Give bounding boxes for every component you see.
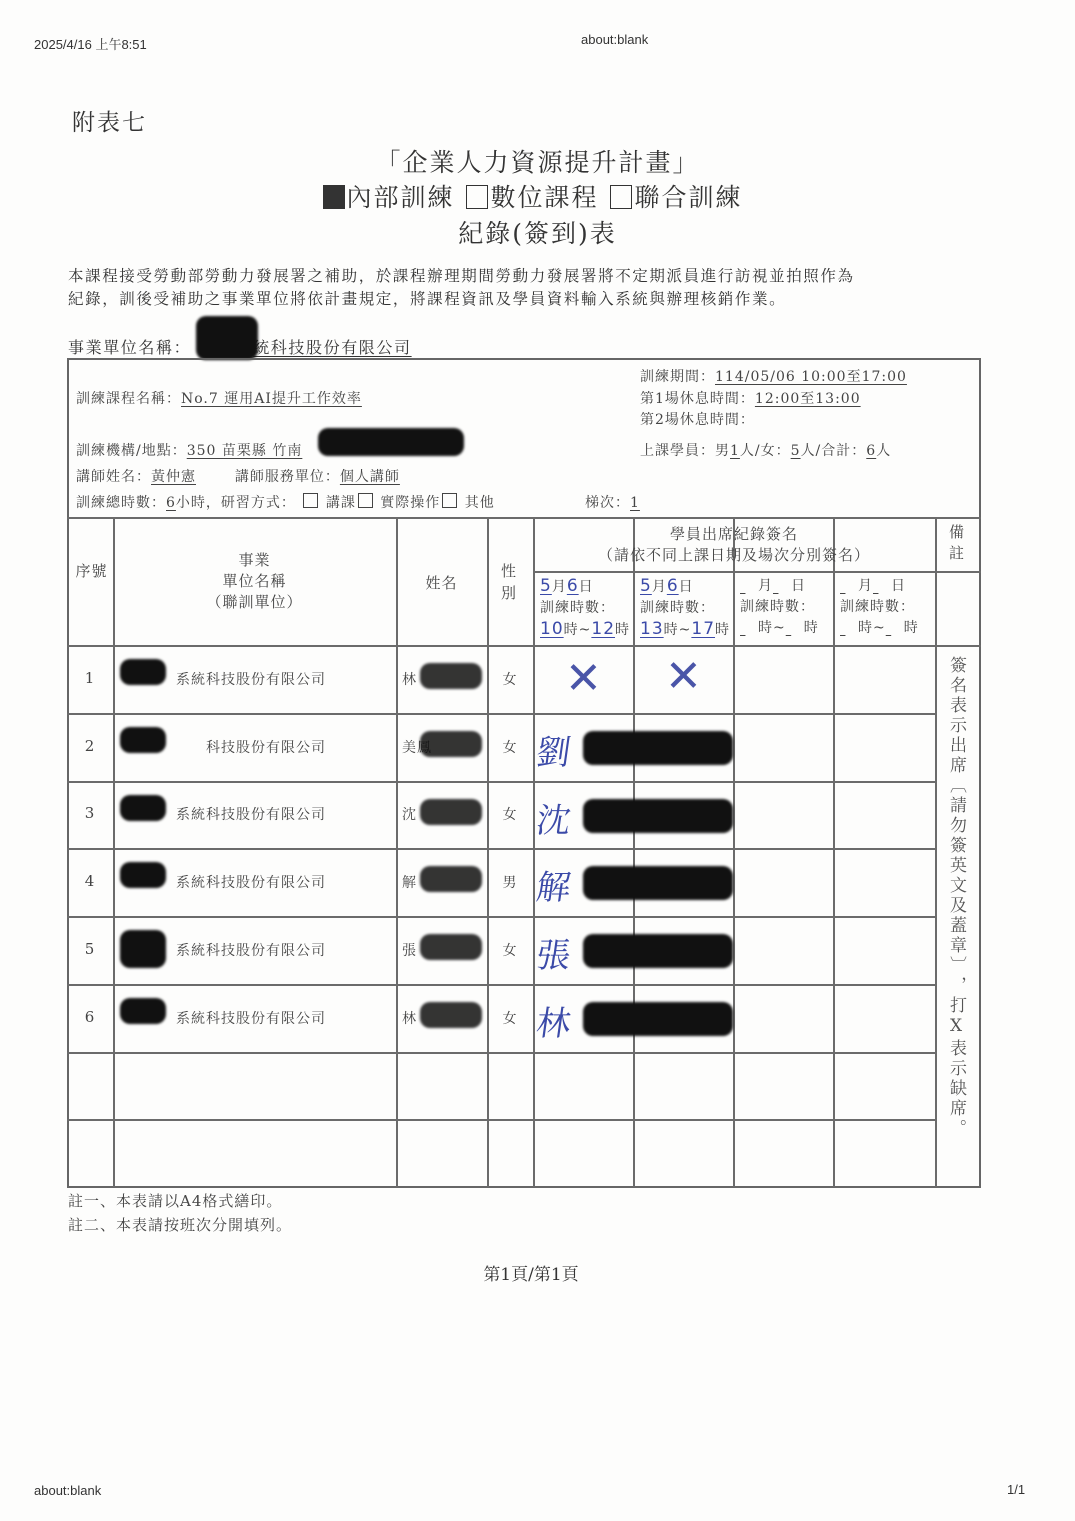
break1-time: 12:00至13:00 <box>755 391 861 407</box>
session-date: 5月6日 <box>640 576 730 598</box>
total-hours: 6 <box>166 495 176 511</box>
redaction-mark <box>318 428 464 456</box>
redaction-mark <box>120 659 166 685</box>
grid-line <box>396 517 398 1187</box>
location: 350 苗栗縣 竹南 <box>187 443 303 459</box>
signature: 劉 <box>534 725 575 774</box>
batch-field: 梯次：1 <box>585 492 640 512</box>
session-hours-label: 訓練時數： <box>540 598 630 619</box>
training-type-joint[interactable]: 聯合訓練 <box>608 183 742 212</box>
attendee-count-field: 上課學員：男1人/女：5人/合計：6人 <box>640 440 891 460</box>
header-seq: 序號 <box>70 560 113 582</box>
session-hours-label: 訓練時數： <box>640 598 730 619</box>
instructor-field: 講師姓名：黃仲憲 講師服務單位：個人講師 <box>76 466 400 486</box>
checkbox-empty-icon[interactable] <box>442 493 457 508</box>
redaction-mark <box>420 731 482 757</box>
session-time-range: 13時~17時 <box>640 619 730 641</box>
period-field: 訓練期間：114/05/06 10:00至17:00 <box>640 366 907 386</box>
session-time-range: 時~ 時 <box>740 618 819 639</box>
grid-line <box>935 517 937 1187</box>
row-gender: 女 <box>487 940 533 960</box>
male-count: 1 <box>730 443 740 459</box>
signature: 解 <box>534 860 575 909</box>
row-seq: 5 <box>67 940 113 958</box>
instructor-unit: 個人講師 <box>340 469 400 485</box>
redaction-mark <box>420 866 482 892</box>
course-name: No.7 運用AI提升工作效率 <box>181 391 362 407</box>
checkbox-empty-icon[interactable] <box>466 185 488 209</box>
session-header-3: 月 日訓練時數： 時~ 時 <box>740 576 819 639</box>
grid-line <box>67 848 935 850</box>
training-type-selector: 內部訓練 數位課程 聯合訓練 <box>0 178 1069 214</box>
training-type-internal[interactable]: 內部訓練 <box>321 183 455 212</box>
female-count: 5 <box>791 443 801 459</box>
grid-line <box>67 984 935 986</box>
redaction-mark <box>120 727 166 753</box>
session-header-1: 5月6日訓練時數：10時~12時 <box>540 576 630 641</box>
redaction-mark <box>583 1002 733 1036</box>
checkbox-checked-icon[interactable] <box>323 185 345 209</box>
row-seq: 1 <box>67 669 113 687</box>
break1-field: 第1場休息時間：12:00至13:00 <box>640 388 861 408</box>
note-1: 註一、本表請以A4格式繕印。 <box>68 1190 282 1211</box>
appendix-label: 附表七 <box>72 104 147 137</box>
course-name-field: 訓練課程名稱：No.7 運用AI提升工作效率 <box>76 388 362 408</box>
redaction-mark <box>583 799 733 833</box>
session-header-2: 5月6日訓練時數：13時~17時 <box>640 576 730 641</box>
grid-line <box>67 1119 935 1121</box>
session-date: 5月6日 <box>540 576 630 598</box>
redaction-mark <box>120 930 166 968</box>
session-header-4: 月 日訓練時數： 時~ 時 <box>840 576 919 639</box>
grid-line <box>67 1052 935 1054</box>
note-2: 註二、本表請按班次分開填列。 <box>68 1214 292 1235</box>
grid-line <box>67 781 935 783</box>
session-hours-label: 訓練時數： <box>740 597 819 618</box>
row-gender: 女 <box>487 737 533 757</box>
document-subtitle: 紀錄(簽到)表 <box>0 214 1075 250</box>
session-time-range: 10時~12時 <box>540 619 630 641</box>
hours-field: 訓練總時數：6小時，研習方式： 講課 實際操作 其他 <box>76 492 495 512</box>
redaction-mark <box>420 799 482 825</box>
redaction-mark <box>420 1002 482 1028</box>
print-footer-page-count: 1/1 <box>1007 1482 1025 1497</box>
intro-line-1: 本課程接受勞動部勞動力發展署之補助，於課程辦理期間勞動力發展署將不定期派員進行訪… <box>68 265 855 288</box>
row-gender: 男 <box>487 872 533 892</box>
checkbox-empty-icon[interactable] <box>358 493 373 508</box>
session-time-range: 時~ 時 <box>840 618 919 639</box>
grid-line <box>67 645 981 647</box>
row-seq: 6 <box>67 1008 113 1026</box>
training-period: 114/05/06 10:00至17:00 <box>715 369 907 385</box>
redaction-mark <box>120 998 166 1024</box>
redaction-mark <box>583 866 733 900</box>
row-gender: 女 <box>487 1008 533 1028</box>
row-seq: 4 <box>67 872 113 890</box>
grid-line <box>533 517 535 1187</box>
remarks-instruction: 簽名表示出席︹請勿簽英文及蓋章︺，打X表示缺席。 <box>944 656 969 1176</box>
session-date: 月 日 <box>740 576 819 597</box>
row-seq: 2 <box>67 737 113 755</box>
redaction-mark <box>120 862 166 888</box>
training-type-digital[interactable]: 數位課程 <box>464 183 598 212</box>
redaction-mark <box>196 316 258 360</box>
redaction-mark <box>583 731 733 765</box>
row-seq: 3 <box>67 804 113 822</box>
print-footer-url: about:blank <box>34 1483 101 1498</box>
batch-number: 1 <box>630 495 640 511</box>
company-label: 事業單位名稱： <box>68 338 191 357</box>
grid-line <box>935 571 981 573</box>
grid-line <box>833 571 835 1187</box>
break2-field: 第2場休息時間： <box>640 409 755 429</box>
header-remarks: 備註 <box>945 522 969 564</box>
print-datetime: 2025/4/16 上午8:51 <box>34 34 147 53</box>
signature: 張 <box>534 928 575 977</box>
grid-line <box>113 517 115 1187</box>
grid-line <box>733 571 735 1187</box>
grid-line <box>67 713 935 715</box>
company-value: 統科技股份有限公司 <box>253 338 411 357</box>
grid-line <box>67 517 981 519</box>
redaction-mark <box>583 934 733 968</box>
redaction-mark <box>120 795 166 821</box>
absent-mark-icon: ✕ <box>665 655 702 699</box>
grid-line <box>487 517 489 1187</box>
session-hours-label: 訓練時數： <box>840 597 919 618</box>
header-gender: 性別 <box>495 560 523 604</box>
header-attendance: 學員出席紀錄簽名 （請依不同上課日期及場次分別簽名） <box>533 524 935 566</box>
redaction-mark <box>420 663 482 689</box>
checkbox-empty-icon[interactable] <box>610 185 632 209</box>
absent-mark-icon: ✕ <box>565 657 602 701</box>
page-number: 第1頁/第1頁 <box>0 1260 1062 1285</box>
row-gender: 女 <box>487 804 533 824</box>
total-count: 6 <box>866 443 876 459</box>
grid-line <box>67 916 935 918</box>
session-date: 月 日 <box>840 576 919 597</box>
instructor-name: 黃仲憲 <box>151 469 196 485</box>
header-name: 姓名 <box>396 572 487 593</box>
signature: 沈 <box>534 793 575 842</box>
header-company: 事業 單位名稱 （聯訓單位） <box>113 550 396 613</box>
row-gender: 女 <box>487 669 533 689</box>
intro-line-2: 紀錄，訓後受補助之事業單位將依計畫規定，將課程資訊及學員資料輸入系統與辦理核銷作… <box>68 288 786 311</box>
redaction-mark <box>420 934 482 960</box>
document-title: 「企業人力資源提升計畫」 <box>0 143 1075 179</box>
signature: 林 <box>534 996 575 1045</box>
print-page-title: about:blank <box>581 32 648 47</box>
checkbox-empty-icon[interactable] <box>303 493 318 508</box>
